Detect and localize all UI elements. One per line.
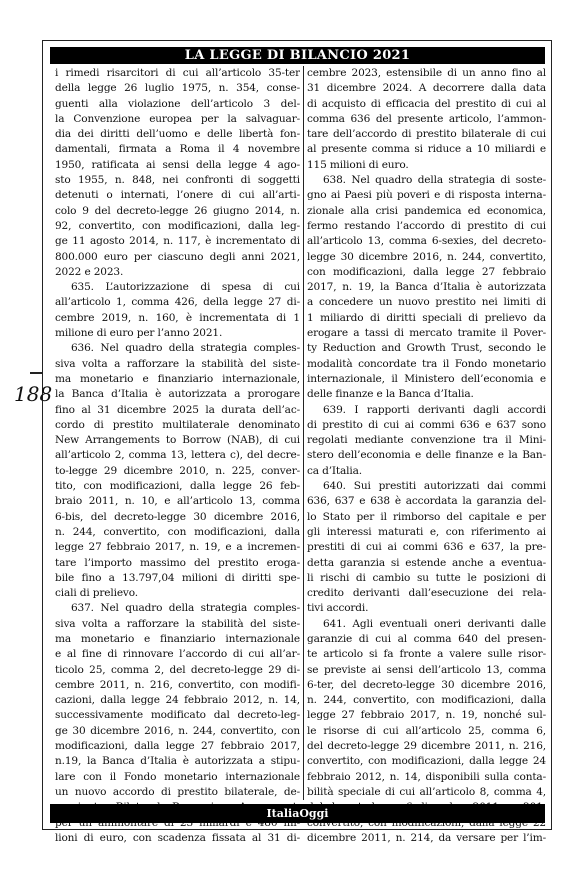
text-line: i rimedi risarcitori di cui all’articolo… — [55, 66, 300, 81]
text-line: un nuovo accordo di prestito bilaterale,… — [55, 785, 300, 800]
text-line: n. 244, convertito, con modificazioni, d… — [307, 693, 546, 708]
text-line: modalità concordate tra il Fondo monetar… — [307, 357, 546, 372]
text-line: ma monetario e finanziario internazional… — [55, 632, 300, 647]
text-line: erogare a tassi di mercato tramite il Po… — [307, 326, 546, 341]
text-line: gli interessi maturati e, con riferiment… — [307, 525, 546, 540]
text-line: del decreto-legge 29 dicembre 2011, n. 2… — [307, 739, 546, 754]
text-line: gno ai Paesi più poveri e di risposta in… — [307, 188, 546, 203]
section-header: LA LEGGE DI BILANCIO 2021 — [50, 47, 545, 64]
text-line: della legge 26 luglio 1975, n. 354, cons… — [55, 81, 300, 96]
text-line: all’articolo 13, comma 6-sexies, del dec… — [307, 234, 546, 249]
text-line: cordo di prestito multilaterale denomina… — [55, 418, 300, 433]
text-line: febbraio 2012, n. 14, disponibili sulla … — [307, 770, 546, 785]
text-line: braio 2011, n. 10, e all’articolo 13, co… — [55, 494, 300, 509]
text-line: ma monetario e finanziario internazional… — [55, 372, 300, 387]
text-line: all’articolo 2, comma 13, lettera c), de… — [55, 448, 300, 463]
text-line: ge 30 dicembre 2016, n. 244, convertito,… — [55, 724, 300, 739]
text-line: delle finanze e la Banca d’Italia. — [307, 387, 546, 402]
text-line: siva volta a rafforzare la stabilità del… — [55, 357, 300, 372]
text-line: lo Stato per il rimborso del capitale e … — [307, 510, 546, 525]
page-number: 188 — [14, 382, 52, 406]
text-line: cembre 2023, estensibile di un anno fino… — [307, 66, 546, 81]
text-line: n. 244, convertito, con modificazioni, d… — [55, 525, 300, 540]
text-line: la Banca d’Italia è autorizzata a prorog… — [55, 387, 300, 402]
text-line: comma 636 del presente articolo, l’ammon… — [307, 112, 546, 127]
text-line: guenti alla violazione dell’articolo 3 d… — [55, 97, 300, 112]
text-line: 639. I rapporti derivanti dagli accordi — [307, 403, 546, 418]
text-line: di acquisto di efficacia del prestito di… — [307, 97, 546, 112]
text-line: legge 27 febbraio 2017, n. 19, e a incre… — [55, 540, 300, 555]
text-line: 1950, ratificata ai sensi della legge 4 … — [55, 158, 300, 173]
text-line: e al fine di rinnovare l’accordo di cui … — [55, 647, 300, 662]
text-line: 31 dicembre 2024. A decorrere dalla data — [307, 81, 546, 96]
text-line: 636. Nel quadro della strategia comples- — [55, 341, 300, 356]
text-line: ge 11 agosto 2014, n. 117, è incrementat… — [55, 234, 300, 249]
text-line: all’articolo 1, comma 426, della legge 2… — [55, 295, 300, 310]
text-line: successivamente modificato dal decreto-l… — [55, 708, 300, 723]
text-line: 6-bis, del decreto-legge 30 dicembre 201… — [55, 510, 300, 525]
right-column: cembre 2023, estensibile di un anno fino… — [307, 66, 546, 846]
text-line: dicembre 2011, n. 214, da versare per l’… — [307, 831, 546, 846]
text-line: li rischi di cambio su tutte le posizion… — [307, 571, 546, 586]
left-column: i rimedi risarcitori di cui all’articolo… — [55, 66, 300, 846]
text-line: fino al 31 dicembre 2025 la durata dell’… — [55, 403, 300, 418]
page-tab-marker — [30, 372, 43, 374]
text-line: dia dei diritti dell’uomo e delle libert… — [55, 127, 300, 142]
text-line: ticolo 25, comma 2, del decreto-legge 29… — [55, 663, 300, 678]
text-line: 635. L’autorizzazione di spesa di cui — [55, 280, 300, 295]
text-line: bile fino a 13.797,04 milioni di diritti… — [55, 571, 300, 586]
text-line: detta garanzia si estende anche a eventu… — [307, 556, 546, 571]
text-line: 641. Agli eventuali oneri derivanti dall… — [307, 617, 546, 632]
text-line: la Convenzione europea per la salvaguar- — [55, 112, 300, 127]
publication-footer: ItaliaOggi — [50, 804, 545, 823]
text-line: tivi accordi. — [307, 601, 546, 616]
text-line: 638. Nel quadro della strategia di soste… — [307, 173, 546, 188]
text-line: n.19, la Banca d’Italia è autorizzata a … — [55, 754, 300, 769]
text-line: 92, convertito, con modificazioni, dalla… — [55, 219, 300, 234]
text-line: 800.000 euro per ciascuno degli anni 202… — [55, 250, 300, 265]
text-line: to-legge 29 dicembre 2010, n. 225, conve… — [55, 464, 300, 479]
text-line: te articolo si fa fronte a valere sulle … — [307, 647, 546, 662]
text-line: internazionale, il Ministero dell’econom… — [307, 372, 546, 387]
text-line: ciali di prelievo. — [55, 586, 300, 601]
text-line: zionale alla crisi pandemica ed economic… — [307, 204, 546, 219]
text-line: ca d’Italia. — [307, 464, 546, 479]
text-line: regolati mediante convenzione tra il Min… — [307, 433, 546, 448]
text-line: bilità speciale di cui all’articolo 8, c… — [307, 785, 546, 800]
column-divider — [303, 66, 304, 800]
text-line: le risorse di cui all’articolo 25, comma… — [307, 724, 546, 739]
text-line: stero dell’economia e delle finanze e la… — [307, 448, 546, 463]
text-line: tare l’importo massimo del prestito erog… — [55, 556, 300, 571]
text-line: detenuti o internati, l’onere di cui all… — [55, 188, 300, 203]
text-line: tare dell’accordo di prestito bilaterale… — [307, 127, 546, 142]
text-line: legge 27 febbraio 2017, n. 19, nonché su… — [307, 708, 546, 723]
text-line: se previste ai sensi dell’articolo 13, c… — [307, 663, 546, 678]
text-line: 1 miliardo di diritti speciali di prelie… — [307, 311, 546, 326]
text-line: 6-ter, del decreto-legge 30 dicembre 201… — [307, 678, 546, 693]
text-line: tito, con modificazioni, dalla legge 26 … — [55, 479, 300, 494]
text-line: milione di euro per l’anno 2021. — [55, 326, 300, 341]
text-line: 2017, n. 19, la Banca d’Italia è autoriz… — [307, 280, 546, 295]
text-line: lioni di euro, con scadenza fissata al 3… — [55, 831, 300, 846]
text-line: al presente comma si riduce a 10 miliard… — [307, 142, 546, 157]
text-line: 640. Sui prestiti autorizzati dai commi — [307, 479, 546, 494]
text-line: credito derivanti dall’esecuzione dei re… — [307, 586, 546, 601]
text-line: cembre 2011, n. 216, convertito, con mod… — [55, 678, 300, 693]
text-line: di prestito di cui ai commi 636 e 637 so… — [307, 418, 546, 433]
text-line: 636, 637 e 638 è accordata la garanzia d… — [307, 494, 546, 509]
text-line: lare con il Fondo monetario internaziona… — [55, 770, 300, 785]
text-line: 637. Nel quadro della strategia comples- — [55, 601, 300, 616]
text-line: modificazioni, dalla legge 27 febbraio 2… — [55, 739, 300, 754]
text-line: fermo restando l’accordo di prestito di … — [307, 219, 546, 234]
text-line: 2022 e 2023. — [55, 265, 300, 280]
text-line: a concedere un nuovo prestito nei limiti… — [307, 295, 546, 310]
text-line: legge 30 dicembre 2016, n. 244, converti… — [307, 250, 546, 265]
text-line: cembre 2019, n. 160, è incrementata di 1 — [55, 311, 300, 326]
text-line: con modificazioni, dalla legge 27 febbra… — [307, 265, 546, 280]
text-line: garanzie di cui al comma 640 del presen- — [307, 632, 546, 647]
text-line: prestiti di cui ai commi 636 e 637, la p… — [307, 540, 546, 555]
text-line: colo 9 del decreto-legge 26 giugno 2014,… — [55, 204, 300, 219]
text-line: cazioni, dalla legge 24 febbraio 2012, n… — [55, 693, 300, 708]
text-line: ty Reduction and Growth Trust, secondo l… — [307, 341, 546, 356]
text-line: New Arrangements to Borrow (NAB), di cui — [55, 433, 300, 448]
text-line: sto 1955, n. 848, nei confronti di sogge… — [55, 173, 300, 188]
text-line: siva volta a rafforzare la stabilità del… — [55, 617, 300, 632]
text-line: 115 milioni di euro. — [307, 158, 546, 173]
text-line: damentali, firmata a Roma il 4 novembre — [55, 142, 300, 157]
text-line: convertito, con modificazioni, dalla leg… — [307, 754, 546, 769]
